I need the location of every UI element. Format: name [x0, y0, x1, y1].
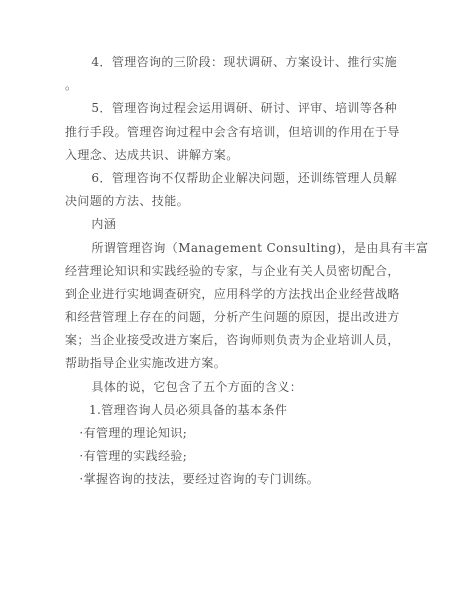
text-line: 入理念、达成共识、讲解方案。: [65, 144, 405, 167]
document-page: 4．管理咨询的三阶段：现状调研、方案设计、推行实施。5．管理咨询过程会运用调研、…: [0, 0, 463, 600]
text-line: ·有管理的实践经验;: [65, 445, 405, 468]
text-line: 到企业进行实地调查研究，应用科学的方法找出企业经营战略: [65, 283, 405, 306]
text-line: 具体的说，它包含了五个方面的含义：: [65, 376, 405, 399]
text-line: 1.管理咨询人员必须具备的基本条件: [65, 399, 405, 422]
text-line: 4．管理咨询的三阶段：现状调研、方案设计、推行实施: [65, 51, 405, 74]
text-line: ·有管理的理论知识;: [65, 422, 405, 445]
text-line: 和经营管理上存在的问题，分析产生问题的原因，提出改进方: [65, 306, 405, 329]
text-line: 。: [65, 74, 405, 97]
text-line: 所谓管理咨询（Management Consulting)，是由具有丰富: [65, 237, 405, 260]
text-line: ·掌握咨询的技法，要经过咨询的专门训练。: [65, 468, 405, 491]
text-line: 帮助指导企业实施改进方案。: [65, 352, 405, 375]
text-line: 决问题的方法、技能。: [65, 190, 405, 213]
text-line: 案；当企业接受改进方案后，咨询师则负责为企业培训人员，: [65, 329, 405, 352]
text-line: 内涵: [65, 213, 405, 236]
text-lines: 4．管理咨询的三阶段：现状调研、方案设计、推行实施。5．管理咨询过程会运用调研、…: [65, 51, 405, 492]
text-line: 6．管理咨询不仅帮助企业解决问题，还训练管理人员解: [65, 167, 405, 190]
text-line: 经营理论知识和实践经验的专家，与企业有关人员密切配合，: [65, 260, 405, 283]
text-line: 5．管理咨询过程会运用调研、研讨、评审、培训等各种: [65, 97, 405, 120]
text-line: 推行手段。管理咨询过程中会含有培训，但培训的作用在于导: [65, 121, 405, 144]
